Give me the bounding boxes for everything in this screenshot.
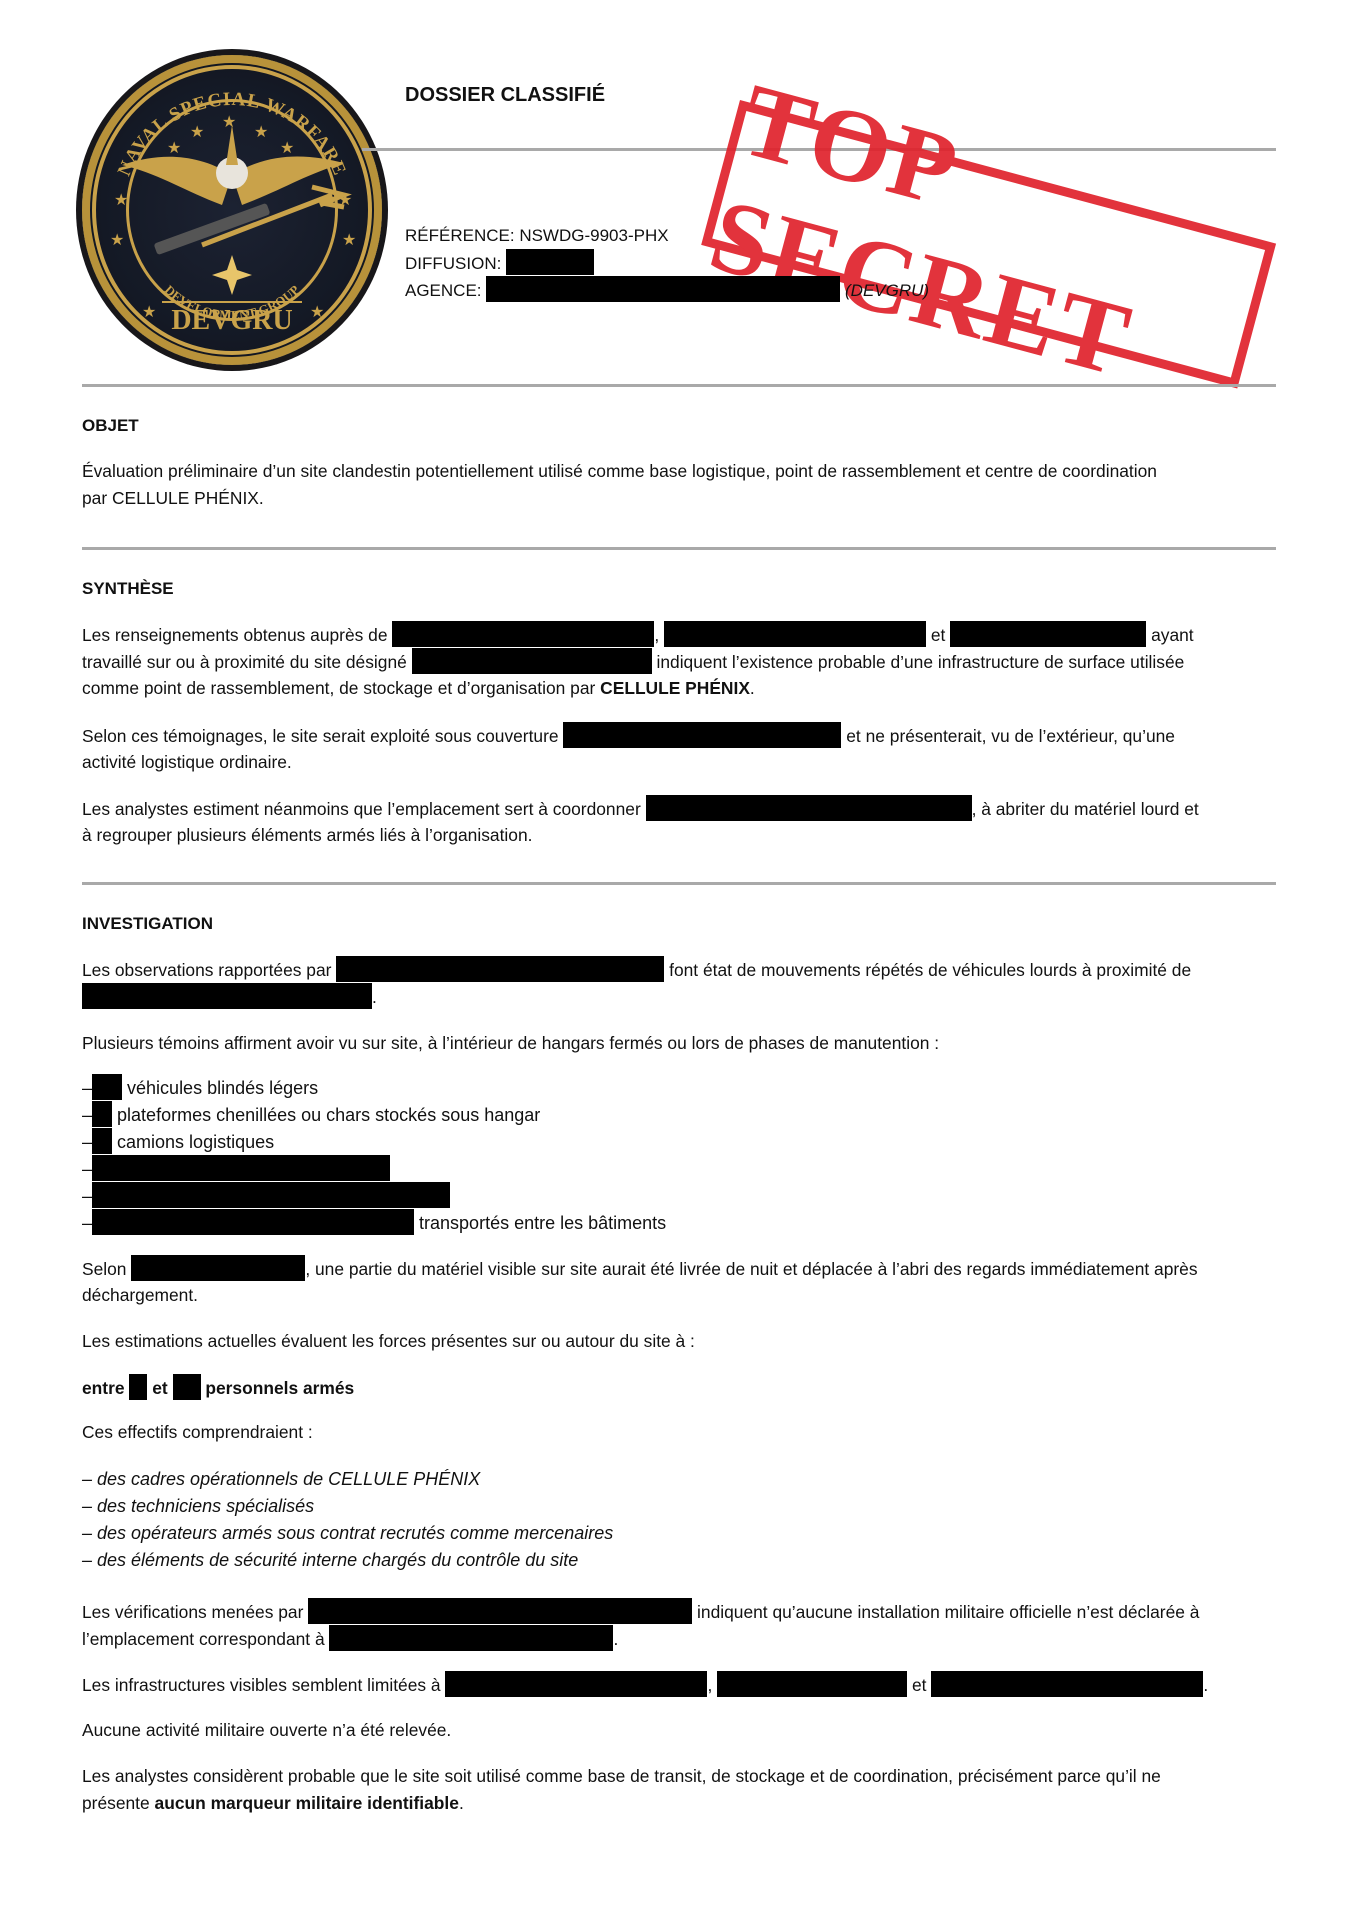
text: font état de mouvements répétés de véhic…	[669, 960, 1191, 980]
svg-text:★: ★	[167, 140, 181, 157]
redaction	[131, 1255, 305, 1281]
reference-line: RÉFÉRENCE: NSWDG-9903-PHX	[405, 222, 669, 249]
text: travaillé sur ou à proximité du site dés…	[82, 652, 407, 672]
investigation-p3-line2: déchargement.	[82, 1282, 198, 1309]
redaction	[646, 795, 972, 821]
cellule-phenix-bold: CELLULE PHÉNIX	[600, 678, 750, 698]
bullet: –	[82, 1132, 92, 1152]
svg-text:★: ★	[254, 124, 268, 141]
investigation-p8: Aucune activité militaire ouverte n’a ét…	[82, 1717, 451, 1744]
investigation-p5: Ces effectifs comprendraient :	[82, 1419, 313, 1446]
redaction	[92, 1155, 390, 1181]
objet-line: Évaluation préliminaire d’un site clande…	[82, 458, 1157, 485]
effectif-item: – des éléments de sécurité interne charg…	[82, 1547, 578, 1574]
text: camions logistiques	[117, 1132, 274, 1152]
section-heading-investigation: INVESTIGATION	[82, 914, 213, 934]
text: .	[1203, 1675, 1208, 1695]
redaction	[336, 956, 664, 982]
reference-label: RÉFÉRENCE:	[405, 226, 515, 245]
investigation-p9-line1: Les analystes considèrent probable que l…	[82, 1763, 1161, 1790]
investigation-p1-line1: Les observations rapportées par font éta…	[82, 956, 1191, 984]
list-item: – véhicules blindés légers	[82, 1074, 318, 1102]
agence-line: AGENCE: (DEVGRU)	[405, 276, 929, 304]
list-item: – camions logistiques	[82, 1128, 274, 1156]
svg-text:★: ★	[310, 304, 324, 321]
text: et ne présenterait, vu de l’extérieur, q…	[846, 726, 1175, 746]
synthese-p1-line2: travaillé sur ou à proximité du site dés…	[82, 648, 1184, 676]
investigation-p7: Les infrastructures visibles semblent li…	[82, 1671, 1208, 1699]
svg-text:★: ★	[114, 192, 128, 209]
text: , une partie du matériel visible sur sit…	[305, 1259, 1197, 1279]
section-heading-objet: OBJET	[82, 416, 139, 436]
redaction	[329, 1625, 613, 1651]
text: .	[459, 1793, 464, 1813]
text: Les observations rapportées par	[82, 960, 331, 980]
text: ayant	[1151, 625, 1194, 645]
list-item: –	[82, 1155, 390, 1183]
redaction	[931, 1671, 1203, 1697]
text: l’emplacement correspondant à	[82, 1629, 325, 1649]
text: Les analystes estiment néanmoins que l’e…	[82, 799, 641, 819]
agence-suffix: (DEVGRU)	[845, 281, 929, 300]
effectif-item: – des cadres opérationnels de CELLULE PH…	[82, 1466, 480, 1493]
text: Selon	[82, 1259, 126, 1279]
redaction	[92, 1209, 414, 1235]
text: et	[931, 625, 946, 645]
text: Les infrastructures visibles semblent li…	[82, 1675, 441, 1695]
forces-estimate: entre et personnels armés	[82, 1374, 354, 1402]
svg-text:★: ★	[110, 232, 124, 249]
redaction	[392, 621, 654, 647]
redaction	[92, 1128, 112, 1154]
investigation-p1-line2: .	[82, 983, 377, 1011]
redaction	[664, 621, 926, 647]
section-divider	[82, 384, 1276, 387]
investigation-p3-line1: Selon , une partie du matériel visible s…	[82, 1255, 1198, 1283]
text: et	[912, 1675, 927, 1695]
redaction	[92, 1074, 122, 1100]
redaction	[173, 1374, 201, 1400]
redaction	[82, 983, 372, 1009]
text: véhicules blindés légers	[127, 1078, 318, 1098]
redaction	[563, 722, 841, 748]
svg-text:★: ★	[280, 140, 294, 157]
conclusion-bold: aucun marqueur militaire identifiable	[155, 1793, 459, 1813]
logo-emblem-icon: NAVAL SPECIAL WARFARE ★★★ ★★ ★★ ★★ ★★ DE…	[82, 55, 382, 365]
text: ,	[707, 1675, 712, 1695]
svg-text:★: ★	[142, 304, 156, 321]
svg-text:★: ★	[222, 114, 236, 131]
bullet: –	[82, 1159, 92, 1179]
text: .	[750, 678, 755, 698]
synthese-p3-line2: à regrouper plusieurs éléments armés lié…	[82, 822, 532, 849]
investigation-p6-line1: Les vérifications menées par indiquent q…	[82, 1598, 1199, 1626]
section-heading-synthese: SYNTHÈSE	[82, 579, 174, 599]
text: comme point de rassemblement, de stockag…	[82, 678, 595, 698]
text: .	[372, 987, 377, 1007]
synthese-p3-line1: Les analystes estiment néanmoins que l’e…	[82, 795, 1199, 823]
text: , à abriter du matériel lourd et	[972, 799, 1199, 819]
text: entre	[82, 1378, 125, 1398]
text: transportés entre les bâtiments	[419, 1213, 666, 1233]
diffusion-label: DIFFUSION:	[405, 254, 501, 273]
diffusion-line: DIFFUSION:	[405, 249, 594, 277]
redaction	[717, 1671, 907, 1697]
text: indiquent l’existence probable d’une inf…	[656, 652, 1184, 672]
bullet: –	[82, 1078, 92, 1098]
text: Selon ces témoignages, le site serait ex…	[82, 726, 559, 746]
text: indiquent qu’aucune installation militai…	[697, 1602, 1199, 1622]
redaction	[486, 276, 840, 302]
list-item: –	[82, 1182, 450, 1210]
svg-text:★: ★	[338, 192, 352, 209]
effectif-item: – des techniciens spécialisés	[82, 1493, 314, 1520]
text: personnels armés	[205, 1378, 354, 1398]
redaction	[129, 1374, 147, 1400]
objet-line: par CELLULE PHÉNIX.	[82, 485, 264, 512]
bullet: –	[82, 1186, 92, 1206]
bullet: –	[82, 1213, 92, 1233]
redaction	[92, 1182, 450, 1208]
redaction	[506, 249, 594, 275]
text: présente	[82, 1793, 150, 1813]
redaction	[950, 621, 1146, 647]
synthese-p1-line1: Les renseignements obtenus auprès de , e…	[82, 621, 1194, 649]
list-item: – transportés entre les bâtiments	[82, 1209, 666, 1237]
synthese-p2-line1: Selon ces témoignages, le site serait ex…	[82, 722, 1175, 750]
agence-label: AGENCE:	[405, 281, 482, 300]
text: ,	[654, 625, 659, 645]
section-divider	[82, 547, 1276, 550]
redaction	[445, 1671, 707, 1697]
svg-text:★: ★	[190, 124, 204, 141]
devgru-logo: NAVAL SPECIAL WARFARE ★★★ ★★ ★★ ★★ ★★ DE…	[82, 55, 382, 365]
redaction	[308, 1598, 692, 1624]
document-title: DOSSIER CLASSIFIÉ	[405, 84, 605, 107]
synthese-p2-line2: activité logistique ordinaire.	[82, 749, 292, 776]
text: Les vérifications menées par	[82, 1602, 303, 1622]
bullet: –	[82, 1105, 92, 1125]
synthese-p1-line3: comme point de rassemblement, de stockag…	[82, 675, 755, 702]
text: Les renseignements obtenus auprès de	[82, 625, 388, 645]
redaction	[412, 648, 652, 674]
investigation-p9-line2: présente aucun marqueur militaire identi…	[82, 1790, 464, 1817]
text: plateformes chenillées ou chars stockés …	[117, 1105, 540, 1125]
list-item: – plateformes chenillées ou chars stocké…	[82, 1101, 540, 1129]
text: et	[152, 1378, 167, 1398]
top-secret-stamp: TOP SECRET	[701, 100, 1276, 389]
investigation-p6-line2: l’emplacement correspondant à .	[82, 1625, 618, 1653]
svg-text:★: ★	[342, 232, 356, 249]
reference-value: NSWDG-9903-PHX	[519, 226, 668, 245]
investigation-p2: Plusieurs témoins affirment avoir vu sur…	[82, 1030, 939, 1057]
text: .	[613, 1629, 618, 1649]
investigation-p4: Les estimations actuelles évaluent les f…	[82, 1328, 695, 1355]
redaction	[92, 1101, 112, 1127]
section-divider	[82, 882, 1276, 885]
effectif-item: – des opérateurs armés sous contrat recr…	[82, 1520, 613, 1547]
